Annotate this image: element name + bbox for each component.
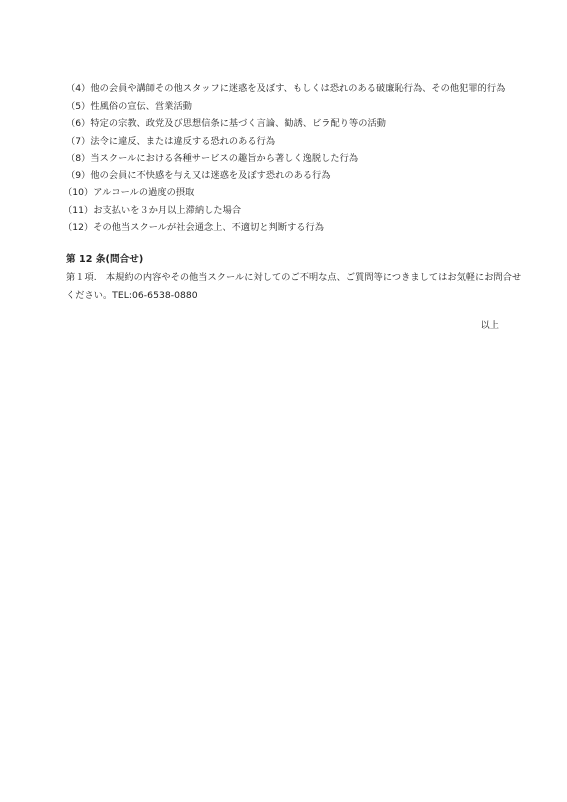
- document-page: （4）他の会員や講師その他スタッフに迷惑を及ぼす、もしくは恐れのある破廉恥行為、…: [0, 0, 567, 802]
- list-item-text: 性風俗の宣伝、営業活動: [90, 101, 192, 112]
- list-item-12: （12）その他当スクールが社会通念上、不適切と判断する行為: [63, 222, 324, 234]
- list-item-number: （7）: [66, 136, 90, 147]
- list-item-text: その他当スクールが社会通念上、不適切と判断する行為: [93, 222, 324, 233]
- list-item-5: （5）性風俗の宣伝、営業活動: [66, 101, 192, 113]
- list-item-6: （6）特定の宗教、政党及び思想信条に基づく言論、勧誘、ビラ配り等の活動: [66, 118, 386, 130]
- list-item-4: （4）他の会員や講師その他スタッフに迷惑を及ぼす、もしくは恐れのある破廉恥行為、…: [66, 83, 505, 95]
- list-item-text: お支払いを３か月以上滞納した場合: [93, 205, 241, 216]
- list-item-number: （12）: [63, 222, 93, 233]
- list-item-number: （11）: [63, 205, 93, 216]
- list-item-7: （7）法令に違反、または違反する恐れのある行為: [66, 136, 275, 148]
- list-item-text: 法令に違反、または違反する恐れのある行為: [90, 136, 275, 147]
- list-item-text: 他の会員や講師その他スタッフに迷惑を及ぼす、もしくは恐れのある破廉恥行為、その他…: [90, 83, 505, 94]
- list-item-text: 特定の宗教、政党及び思想信条に基づく言論、勧誘、ビラ配り等の活動: [90, 118, 386, 129]
- list-item-8: （8）当スクールにおける各種サービスの趣旨から著しく逸脱した行為: [66, 153, 358, 165]
- list-item-text: 当スクールにおける各種サービスの趣旨から著しく逸脱した行為: [90, 153, 358, 164]
- list-item-number: （9）: [66, 170, 90, 181]
- list-item-text: 他の会員に不快感を与え又は迷惑を及ぼす恐れのある行為: [90, 170, 330, 181]
- list-item-9: （9）他の会員に不快感を与え又は迷惑を及ぼす恐れのある行為: [66, 170, 331, 182]
- closing-text: 以上: [440, 320, 499, 332]
- list-item-number: （10）: [63, 187, 93, 198]
- list-item-number: （5）: [66, 101, 90, 112]
- article-heading: 第 12 条(問合せ): [66, 254, 143, 266]
- list-item-11: （11）お支払いを３か月以上滞納した場合: [63, 205, 241, 217]
- list-item-number: （6）: [66, 118, 90, 129]
- article-paragraph-line-1: 第１項. 本規約の内容やその他当スクールに対してのご不明な点、ご質問等につきまし…: [66, 272, 521, 284]
- list-item-10: （10）アルコールの過度の摂取: [63, 187, 194, 199]
- list-item-text: アルコールの過度の摂取: [93, 187, 194, 198]
- list-item-number: （8）: [66, 153, 90, 164]
- article-paragraph-line-2: ください。TEL:06-6538-0880: [66, 290, 198, 302]
- list-item-number: （4）: [66, 83, 90, 94]
